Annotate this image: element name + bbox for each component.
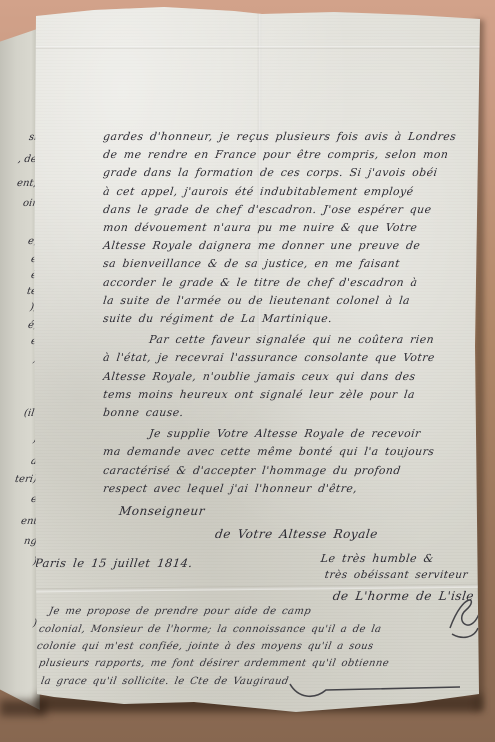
handwriting-line: mon dévouement n'aura pu me nuire & que …	[102, 219, 478, 237]
postscript-line: colonie qui m'est confiée, jointe à des …	[36, 641, 374, 652]
text-fragment: ent,	[17, 178, 38, 189]
text-fragment: ent	[20, 516, 38, 527]
handwriting-line: caractérisé & d'accepter l'hommage du pr…	[102, 462, 478, 480]
text-fragment: ng	[23, 536, 37, 547]
handwriting-line: sa bienveillance & de sa justice, en me …	[102, 255, 478, 273]
letter-photo: si , de ent, oir e, é è te ); é; é ) (il…	[0, 0, 495, 742]
handwriting-line: grade dans la formation de ces corps. Si…	[102, 164, 478, 182]
handwriting-line: dans le grade de chef d'escadron. J'ose …	[102, 201, 478, 219]
handwriting-line: à cet appel, j'aurois été indubitablemen…	[102, 183, 478, 201]
left-page: si , de ent, oir e, é è te ); é; é ) (il…	[0, 28, 40, 710]
postscript-line: plusieurs rapports, me font désirer arde…	[38, 658, 390, 669]
handwriting-line: de me rendre en France pour être compris…	[102, 146, 478, 164]
handwriting-line: la suite de l'armée ou de lieutenant col…	[102, 292, 478, 310]
handwriting-line: Altesse Royale, n'oublie jamais ceux qui…	[102, 368, 478, 386]
signature: de L'horme de L'isle	[332, 589, 475, 603]
date-line: Paris le 15 juillet 1814.	[34, 556, 193, 570]
letter-body: gardes d'honneur, je reçus plusieurs foi…	[102, 128, 476, 543]
main-page: gardes d'honneur, je reçus plusieurs foi…	[34, 6, 482, 714]
valediction-line: très obéissant serviteur	[324, 569, 469, 581]
salutation: Monseigneur	[102, 502, 478, 520]
handwriting-line: à l'état, je recevrai l'assurance consol…	[102, 349, 478, 367]
handwriting-line: ma demande avec cette même bonté qui l'a…	[102, 443, 478, 461]
handwriting-line: suite du régiment de La Martinique.	[102, 310, 478, 328]
text-fragment: teri)	[14, 474, 37, 485]
handwriting-line: Par cette faveur signalée qui ne coûtera…	[102, 331, 478, 349]
handwriting-line: tems moins heureux ont signalé leur zèle…	[102, 386, 478, 404]
handwriting-line: accorder le grade & le titre de chef d'e…	[102, 274, 478, 292]
handwriting-line: gardes d'honneur, je reçus plusieurs foi…	[102, 128, 478, 146]
handwriting-line: Altesse Royale daignera me donner une pr…	[102, 237, 478, 255]
postscript-line: Je me propose de prendre pour aide de ca…	[48, 606, 312, 617]
valediction-line: Le très humble &	[320, 552, 435, 565]
text-fragment: , de	[18, 154, 38, 165]
closing-line: de Votre Altesse Royale	[102, 525, 478, 543]
handwriting-line: respect avec lequel j'ai l'honneur d'êtr…	[102, 480, 478, 498]
postscript-line: la grace qu'il sollicite. le Cte de Vaug…	[40, 676, 290, 687]
horizontal-crease-top	[34, 46, 482, 49]
handwriting-line: Je supplie Votre Altesse Royale de recev…	[102, 425, 478, 443]
postscript-line: colonial, Monsieur de l'horme; la connoi…	[38, 624, 382, 635]
handwriting-line: bonne cause.	[102, 404, 478, 422]
